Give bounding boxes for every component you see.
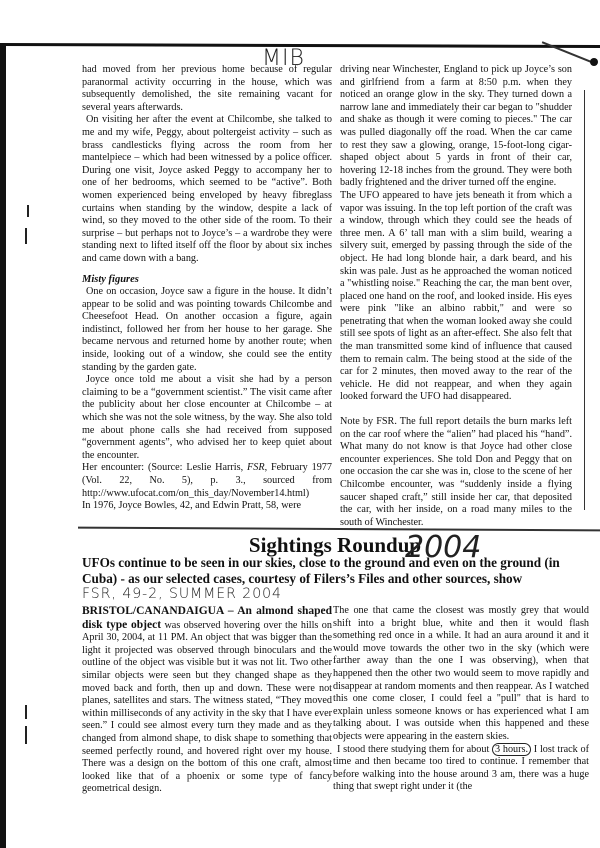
case-text: was observed hovering over the hills on … (82, 620, 332, 795)
subheading: Misty figures (82, 274, 332, 287)
source-citation: Her encounter: (Source: Leslie Harris, F… (82, 462, 332, 500)
paragraph: BRISTOL/CANANDAIGUA – An almond shaped d… (82, 605, 332, 796)
fsr-note: Note by FSR. The full report details the… (340, 416, 572, 529)
paragraph: One on occasion, Joyce saw a figure in t… (82, 286, 332, 374)
roundup-right-column: The one that came the closest was mostly… (333, 605, 589, 794)
roundup-left-column: BRISTOL/CANANDAIGUA – An almond shaped d… (82, 605, 332, 796)
margin-tick (27, 205, 29, 217)
margin-tick (25, 228, 27, 244)
paragraph: The one that came the closest was mostly… (333, 605, 589, 744)
paragraph-text: I stood there studying them for about (337, 744, 492, 755)
citation-text: Her encounter: (Source: Leslie Harris, (82, 462, 247, 473)
article-right-column: driving near Winchester, England to pick… (340, 64, 572, 529)
paragraph: On visiting her after the event at Chilc… (82, 114, 332, 265)
paragraph: The UFO appeared to have jets beneath it… (340, 190, 572, 404)
paragraph: had moved from her previous home because… (82, 64, 332, 114)
page-top-margin (0, 0, 600, 44)
journal-name: FSR (247, 462, 265, 473)
margin-bracket (574, 90, 585, 510)
section-subtitle: UFOs continue to be seen in our skies, c… (82, 555, 592, 587)
paragraph: driving near Winchester, England to pick… (340, 64, 572, 190)
title-text: Sightings Roundup (249, 533, 421, 557)
paragraph: In 1976, Joyce Bowles, 42, and Edwin Pra… (82, 500, 332, 513)
circled-annotation: 3 hours. (492, 743, 531, 756)
article-left-column: had moved from her previous home because… (82, 64, 332, 513)
paragraph: I stood there studying them for about 3 … (333, 744, 589, 794)
margin-tick (25, 705, 27, 719)
paragraph: Joyce once told me about a visit she had… (82, 374, 332, 462)
margin-tick (25, 726, 27, 744)
handwritten-source-note: FSR, 49-2, SUMMER 2004 (82, 586, 282, 602)
pen-dot (590, 58, 598, 66)
binder-edge (0, 0, 6, 848)
